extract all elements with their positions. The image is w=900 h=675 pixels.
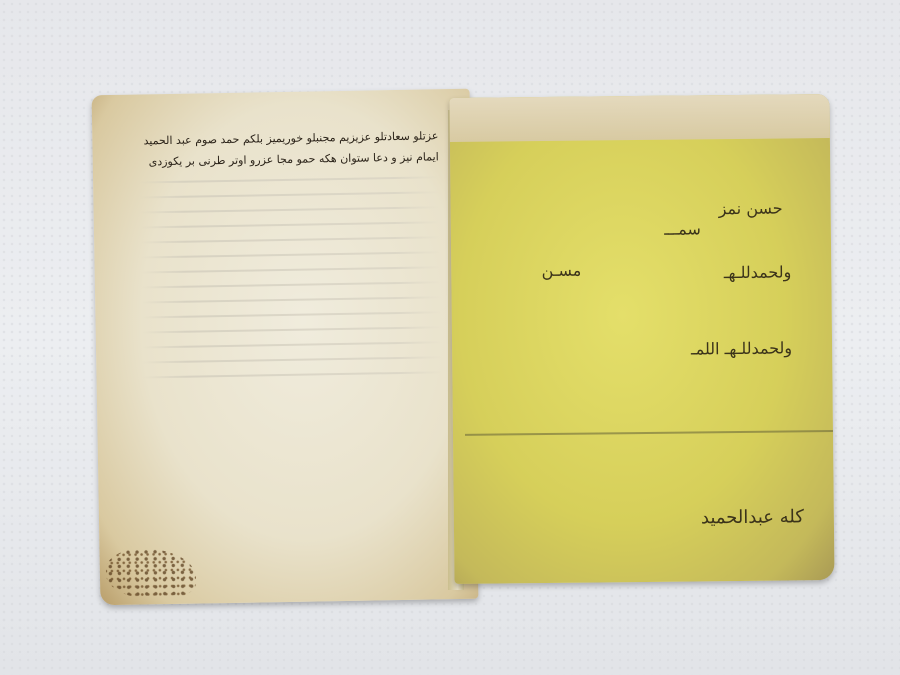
faded-text-line xyxy=(139,176,439,183)
script-line-4: ولحمدللـهـ xyxy=(724,262,792,282)
faded-text-line xyxy=(140,221,440,228)
faded-text-line xyxy=(140,236,440,243)
faded-text-line xyxy=(140,206,440,213)
faded-text-line xyxy=(141,281,441,288)
heading-line-2: ایمام نیز و دعا ستوان هکه حمو مجا عزرو ا… xyxy=(139,150,439,168)
heading-line-1: عزتلو سعادتلو عزیزیم مجنبلو خوریمیز بلکم… xyxy=(138,129,438,147)
faded-text-line xyxy=(140,251,440,258)
script-line-3: مسـن xyxy=(541,261,581,280)
script-line-5: ولحمدللـهـ اللمـ xyxy=(691,338,792,358)
right-page-top-band xyxy=(449,94,829,142)
faded-text-line xyxy=(142,341,442,348)
left-page-text-block: عزتلو سعادتلو عزیزیم مجنبلو خوریمیز بلکم… xyxy=(138,129,446,574)
faded-text-line xyxy=(142,356,442,363)
faded-text-line xyxy=(141,311,441,318)
faded-text-line xyxy=(142,326,442,333)
faded-text-line xyxy=(141,266,441,273)
script-line-6: کله عبدالحمید xyxy=(701,506,804,528)
page-fold-line xyxy=(465,430,833,436)
open-manuscript: عزتلو سعادتلو عزیزیم مجنبلو خوریمیز بلکم… xyxy=(0,0,900,675)
faded-text-line xyxy=(142,371,442,378)
faded-text-line xyxy=(141,296,441,303)
script-line-1: حسن نمز xyxy=(719,199,783,219)
right-page: حسن نمز سمـــ مسـن ولحمدللـهـ ولحمدللـهـ… xyxy=(449,94,834,584)
faded-text-line xyxy=(139,191,439,198)
left-page: عزتلو سعادتلو عزیزیم مجنبلو خوریمیز بلکم… xyxy=(92,89,479,606)
script-line-2: سمـــ xyxy=(664,219,701,238)
